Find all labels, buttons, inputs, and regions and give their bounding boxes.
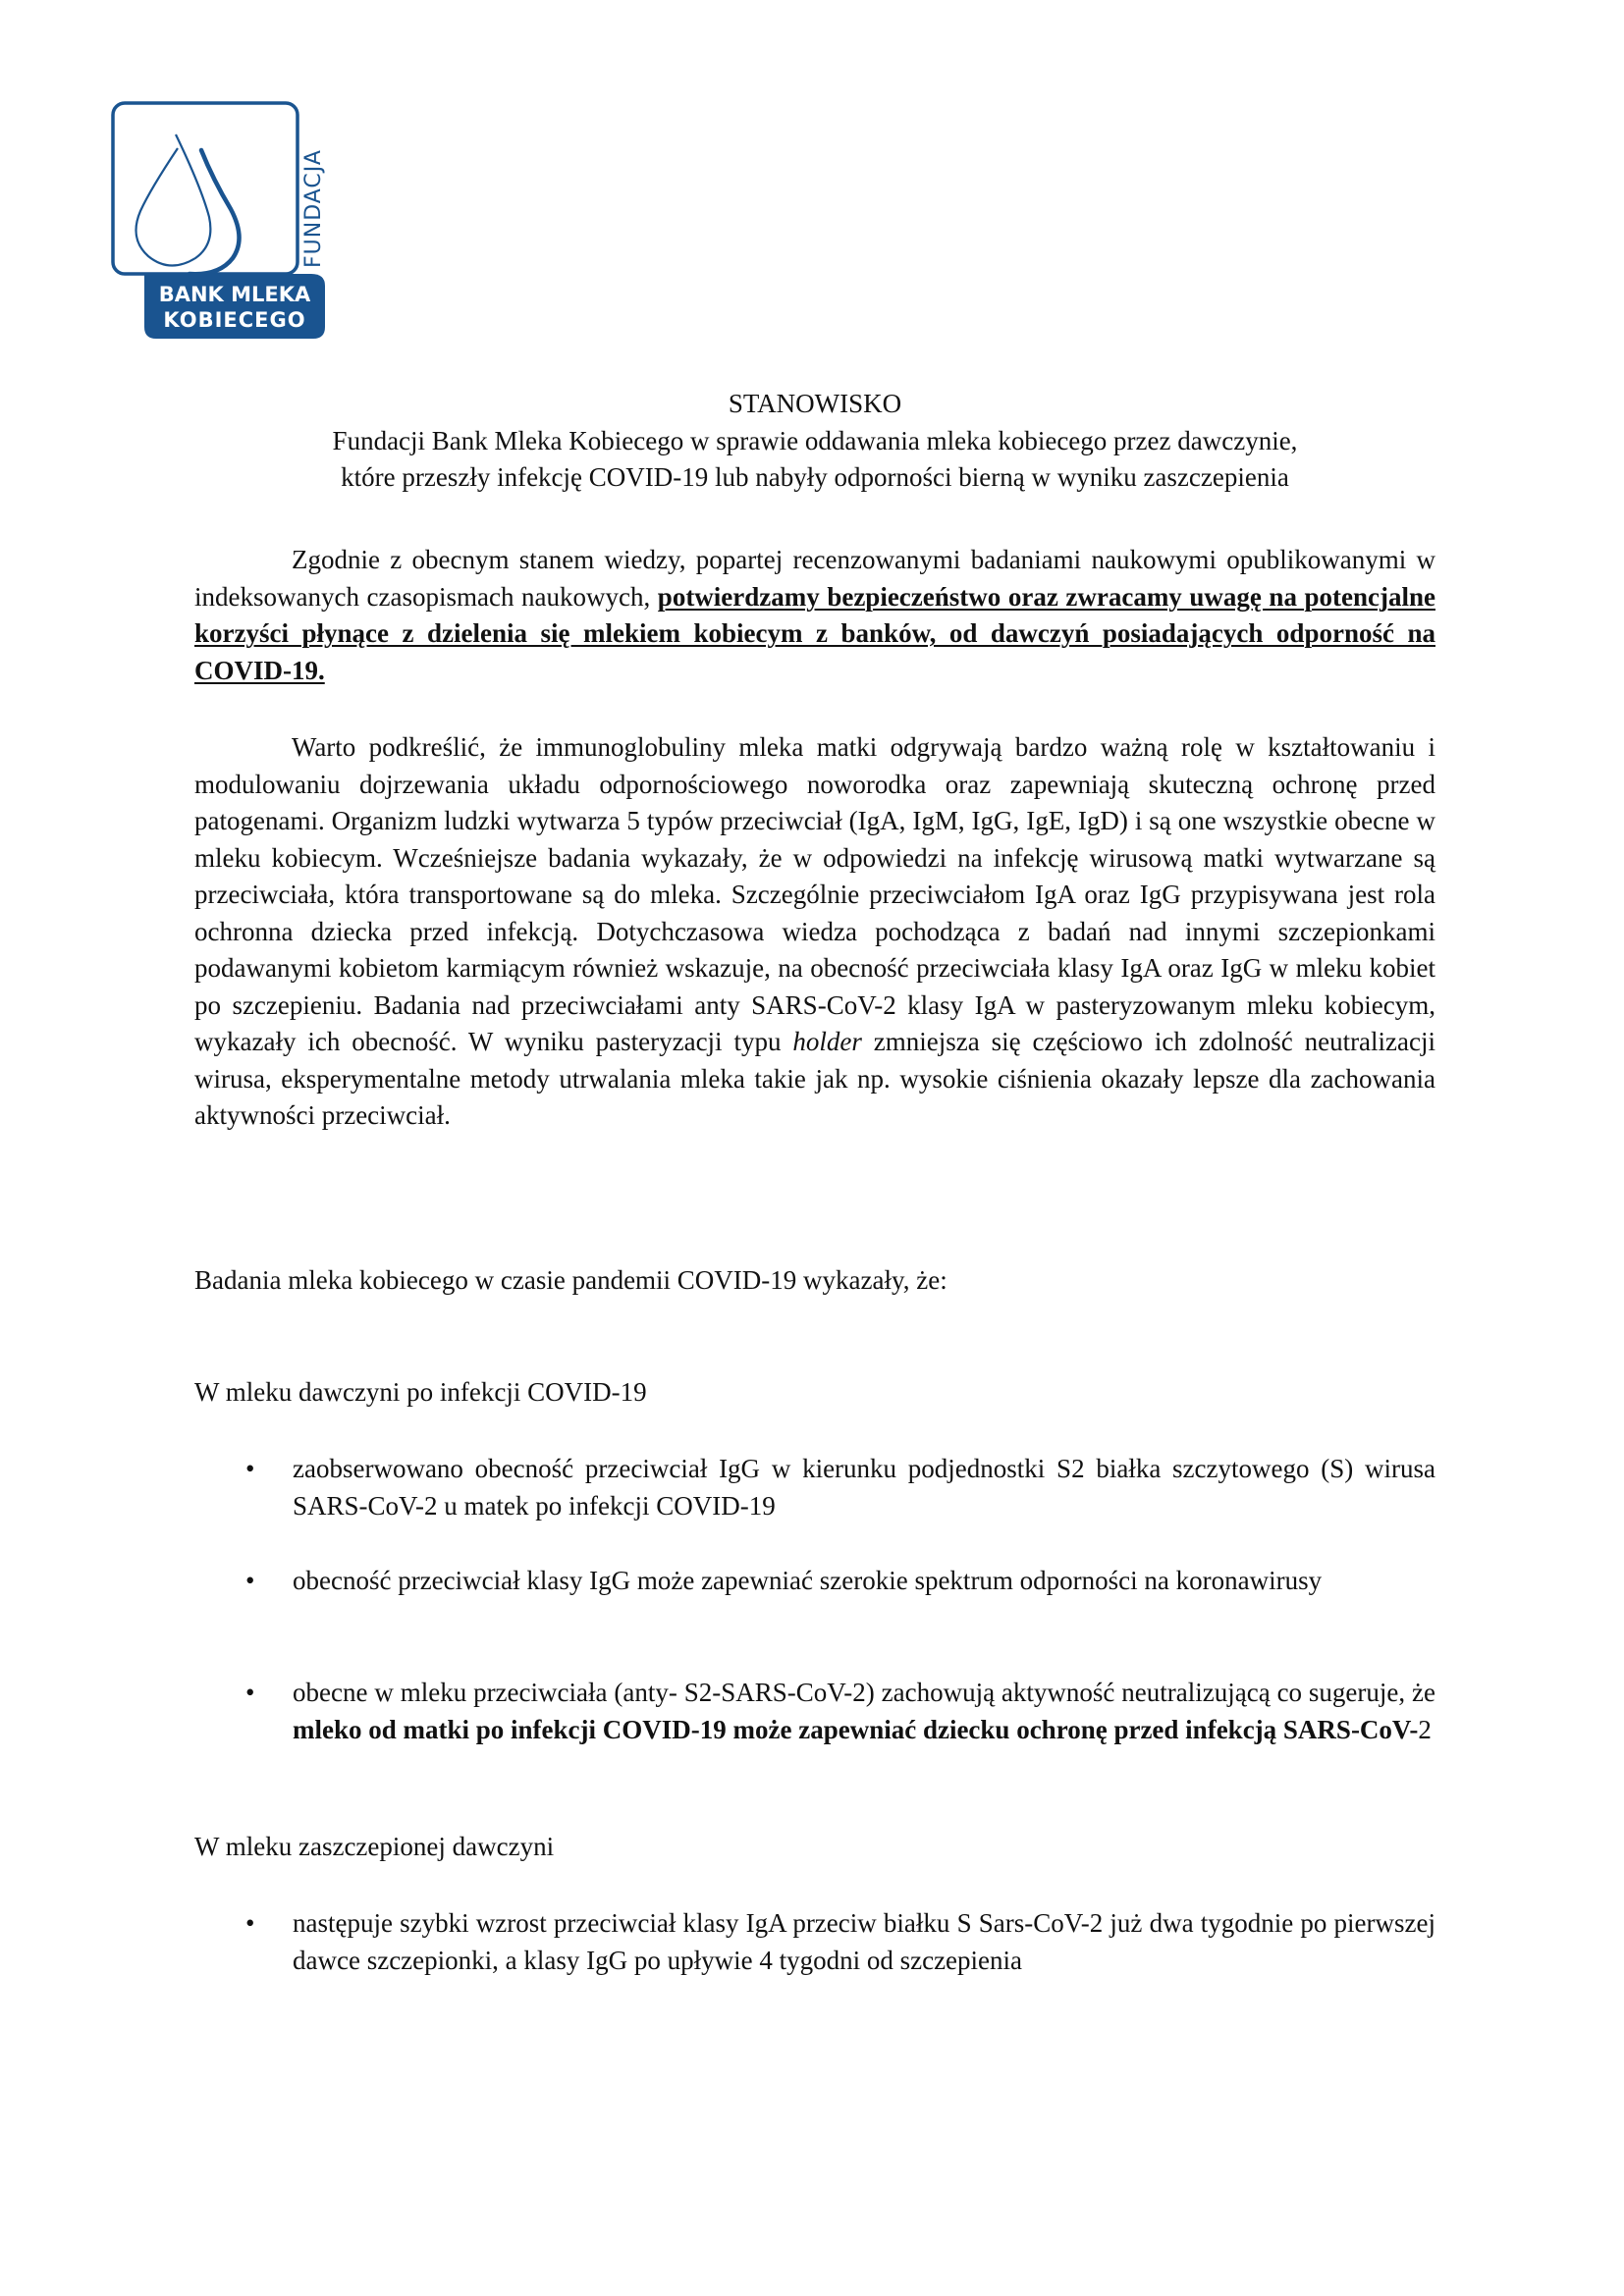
list-item: • następuje szybki wzrost przeciwciał kl… bbox=[194, 1905, 1435, 1979]
list-item-text-tail: 2 bbox=[1418, 1715, 1432, 1744]
list-item-text: następuje szybki wzrost przeciwciał klas… bbox=[293, 1905, 1435, 1979]
list-item: • obecne w mleku przeciwciała (anty- S2-… bbox=[194, 1675, 1435, 1748]
section-heading-vaccinated: W mleku zaszczepionej dawczyni bbox=[194, 1829, 1435, 1866]
findings-intro: Badania mleka kobiecego w czasie pandemi… bbox=[194, 1262, 1435, 1300]
foundation-logo: FUNDACJA BANK MLEKA KOBIECEGO bbox=[111, 101, 329, 341]
list-item-text: obecność przeciwciał klasy IgG może zape… bbox=[293, 1563, 1435, 1600]
document-subtitle-line1: Fundacji Bank Mleka Kobiecego w sprawie … bbox=[194, 423, 1435, 460]
bullet-icon: • bbox=[245, 1675, 254, 1712]
svg-text:BANK MLEKA: BANK MLEKA bbox=[159, 283, 311, 306]
list-item: • obecność przeciwciał klasy IgG może za… bbox=[194, 1563, 1435, 1600]
bullet-icon: • bbox=[245, 1451, 254, 1488]
svg-text:KOBIECEGO: KOBIECEGO bbox=[163, 308, 305, 332]
list-item-text: obecne w mleku przeciwciała (anty- S2-SA… bbox=[293, 1675, 1435, 1748]
section-heading-infection: W mleku dawczyni po infekcji COVID-19 bbox=[194, 1374, 1435, 1412]
list-item-text: zaobserwowano obecność przeciwciał IgG w… bbox=[293, 1451, 1435, 1524]
milk-drop-icon: FUNDACJA BANK MLEKA KOBIECEGO bbox=[111, 101, 329, 341]
document-page: FUNDACJA BANK MLEKA KOBIECEGO STANOWISKO… bbox=[0, 0, 1624, 2296]
svg-text:FUNDACJA: FUNDACJA bbox=[301, 149, 326, 268]
list-item-text-bold: mleko od matki po infekcji COVID-19 może… bbox=[293, 1715, 1418, 1744]
paragraph-immunoglobulins: Warto podkreślić, że immunoglobuliny mle… bbox=[194, 729, 1435, 1135]
list-item-text-plain: obecne w mleku przeciwciała (anty- S2-SA… bbox=[293, 1678, 1435, 1707]
document-header: STANOWISKO Fundacji Bank Mleka Kobiecego… bbox=[194, 386, 1435, 497]
document-subtitle-line2: które przeszły infekcję COVID-19 lub nab… bbox=[194, 459, 1435, 497]
paragraph-immunoglobulins-part1: Warto podkreślić, że immunoglobuliny mle… bbox=[194, 732, 1435, 1056]
paragraph-statement: Zgodnie z obecnym stanem wiedzy, poparte… bbox=[194, 542, 1435, 689]
list-item: • zaobserwowano obecność przeciwciał IgG… bbox=[194, 1451, 1435, 1524]
bullet-icon: • bbox=[245, 1905, 254, 1943]
document-title: STANOWISKO bbox=[194, 386, 1435, 423]
holder-term: holder bbox=[792, 1027, 862, 1056]
bullet-icon: • bbox=[245, 1563, 254, 1600]
